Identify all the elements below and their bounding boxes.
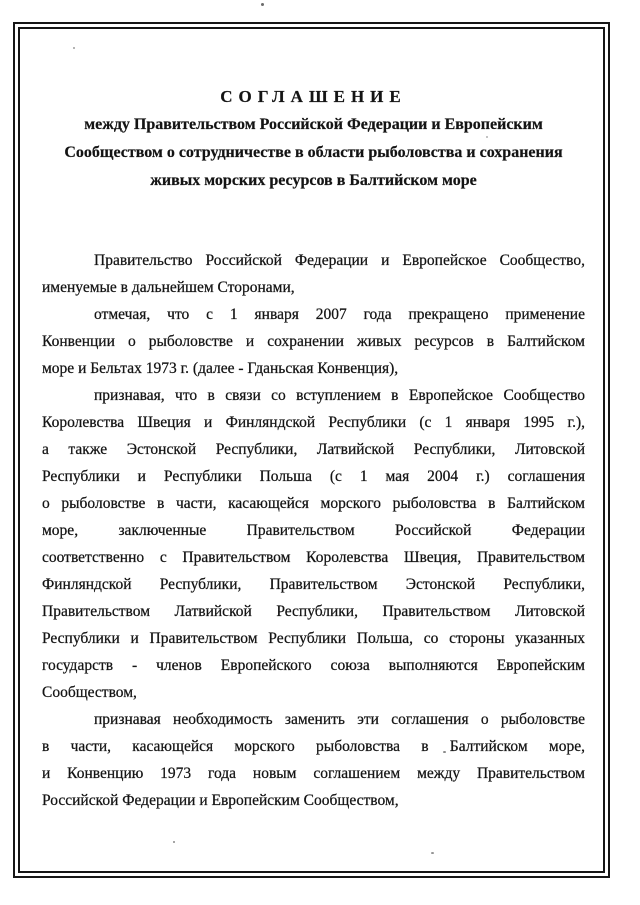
body-line: именуемые в дальнейшем Сторонами,: [42, 274, 585, 301]
subtitle-line: живых морских ресурсов в Балтийском море: [42, 167, 585, 195]
body-line: государств - членов Европейского союза в…: [42, 652, 585, 679]
page-border-frame: СОГЛАШЕНИЕ между Правительством Российск…: [13, 22, 610, 878]
body-line: о рыболовстве в части, касающейся морско…: [42, 490, 585, 517]
body-line: отмечая, что с 1 января 2007 года прекра…: [42, 301, 585, 328]
document-subtitle: между Правительством Российской Федераци…: [42, 111, 585, 195]
body-line: Сообществом,: [42, 679, 585, 706]
body-line: Финляндской Республики, Правительством Э…: [42, 571, 585, 598]
body-line: признавая необходимость заменить эти сог…: [42, 706, 585, 733]
subtitle-line: между Правительством Российской Федераци…: [42, 111, 585, 139]
body-line: море и Бельтах 1973 г. (далее - Гданьска…: [42, 355, 585, 382]
body-line: и Конвенцию 1973 года новым соглашением …: [42, 760, 585, 787]
body-line: признавая, что в связи со вступлением в …: [42, 382, 585, 409]
body-line: Республики и Правительством Республики П…: [42, 625, 585, 652]
document-body: Правительство Российской Федерации и Евр…: [42, 247, 585, 814]
subtitle-line: Сообществом о сотрудничестве в области р…: [42, 139, 585, 167]
body-line: Российской Федерации и Европейским Сообщ…: [42, 787, 585, 814]
body-line: Республики и Республики Польша (с 1 мая …: [42, 463, 585, 490]
body-line: в части, касающейся морского рыболовства…: [42, 733, 585, 760]
body-line: Конвенции о рыболовстве и сохранении жив…: [42, 328, 585, 355]
scan-speck: [261, 3, 264, 6]
body-line: Правительством Латвийской Республики, Пр…: [42, 598, 585, 625]
document-title: СОГЛАШЕНИЕ: [42, 83, 585, 111]
scanned-page: СОГЛАШЕНИЕ между Правительством Российск…: [0, 0, 640, 905]
body-line: Правительство Российской Федерации и Евр…: [42, 247, 585, 274]
body-line: соответственно с Правительством Королевс…: [42, 544, 585, 571]
body-line: а также Эстонской Республики, Латвийской…: [42, 436, 585, 463]
page-content: СОГЛАШЕНИЕ между Правительством Российск…: [20, 29, 603, 814]
body-line: Королевства Швеция и Финляндской Республ…: [42, 409, 585, 436]
body-line: море, заключенные Правительством Российс…: [42, 517, 585, 544]
